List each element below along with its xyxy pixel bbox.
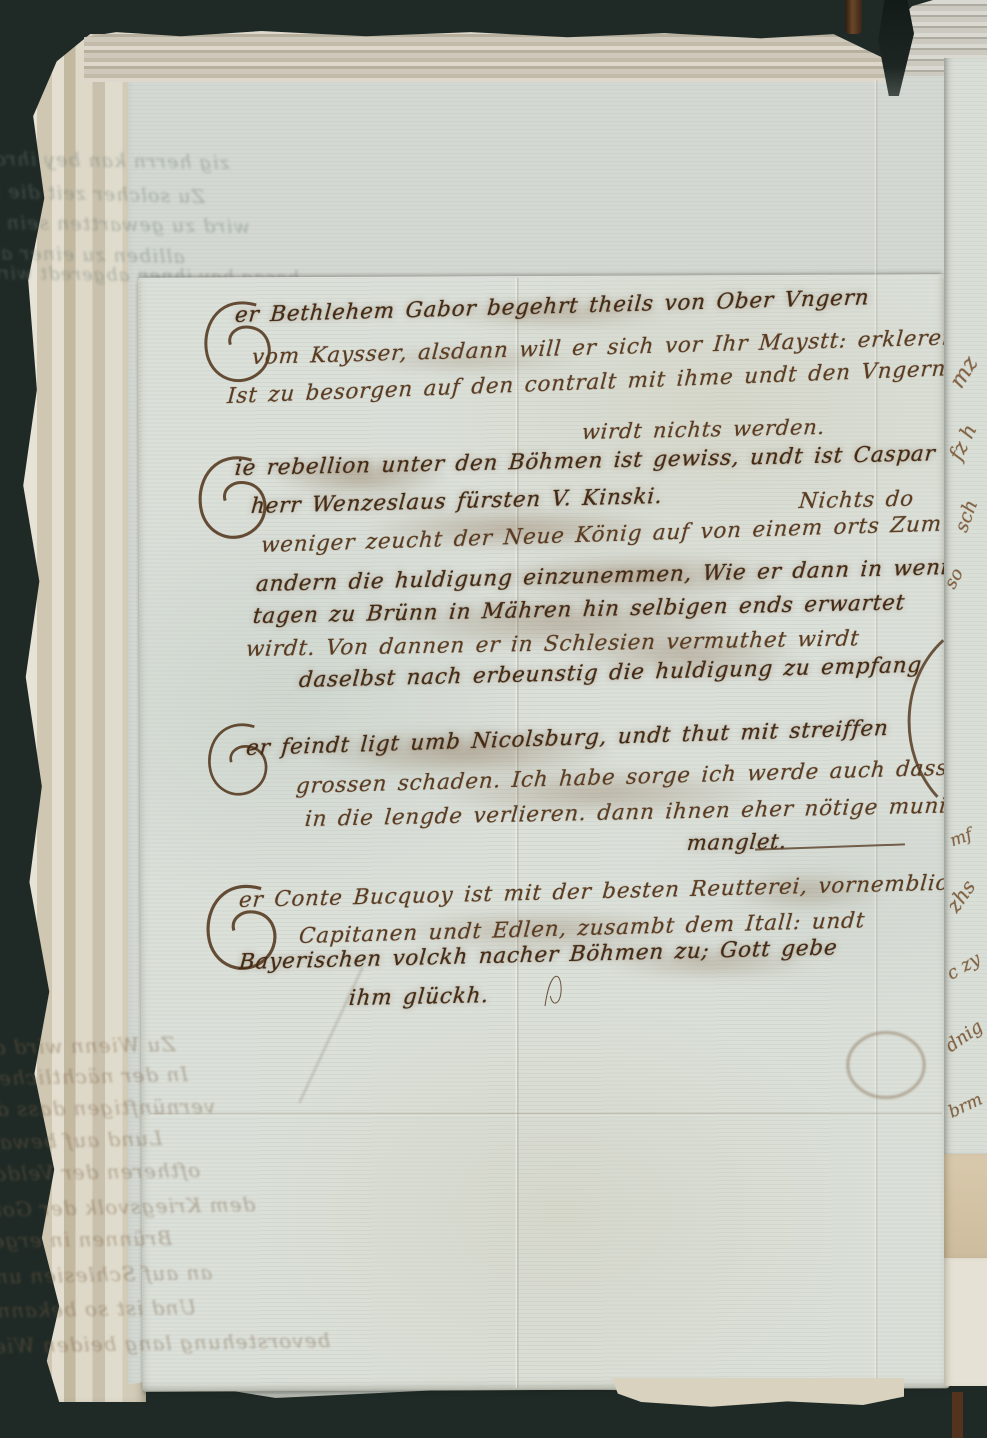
facing-page-fragment: mf (947, 825, 975, 851)
paragraph-initial (183, 716, 295, 816)
handwriting-line: manglet. (686, 829, 788, 855)
handwriting-line: herr Wenzeslaus fürsten V. Kinski. (250, 484, 664, 519)
facing-page-fragment: mz (945, 352, 983, 393)
facing-page-fragment: brm (945, 1090, 985, 1123)
handwriting-line: tagen zu Brünn in Mähren hin selbigen en… (252, 590, 906, 629)
facing-page-strip: mzfz hschsomfzhsc zydnigbrm (944, 58, 987, 1154)
facing-page-fragment: fz h (944, 420, 982, 464)
facing-page-fragment: sch (950, 497, 982, 535)
handwriting-line: weniger zeucht der Neue König auf von ei… (260, 512, 943, 558)
bleed-diagonal-stroke (298, 967, 363, 1104)
facing-page-lower-edge (944, 1258, 987, 1386)
pen-flourish (522, 966, 584, 1026)
facing-page-fragment: dnig (944, 1016, 987, 1056)
handwriting-line: in die lengde verlieren. dann ihnen eher… (304, 793, 987, 832)
facing-page-fragment: so (944, 565, 968, 593)
handwriting-line: er Conte Bucquoy ist mit der besten Reut… (238, 870, 987, 913)
handwriting-line: er feindt ligt umb Nicolsburg, undt thut… (245, 716, 889, 761)
handwriting-layer: er Bethlehem Gabor begehrt theils von Ob… (0, 0, 987, 1438)
handwriting-line: ihm glückh. (348, 983, 490, 1011)
facing-page-fragment: zhs (944, 875, 980, 916)
facing-page-corner (944, 1154, 987, 1258)
handwriting-line: ie rebellion unter den Böhmen ist gewiss… (234, 441, 937, 481)
handwriting-line: er Bethlehem Gabor begehrt theils von Ob… (234, 285, 870, 328)
manuscript-photo: zig herrn kan bey ihro key: Maytt: was g… (0, 0, 987, 1438)
handwriting-line: wirdt nichts werden. (581, 415, 826, 444)
handwriting-line: grossen schaden. Ich habe sorge ich werd… (295, 754, 987, 799)
facing-page-fragment: c zy (944, 949, 984, 985)
pen-flourish (893, 634, 951, 809)
handwriting-line: Nichts do (798, 487, 915, 514)
bottom-brown-strip (952, 1392, 963, 1438)
